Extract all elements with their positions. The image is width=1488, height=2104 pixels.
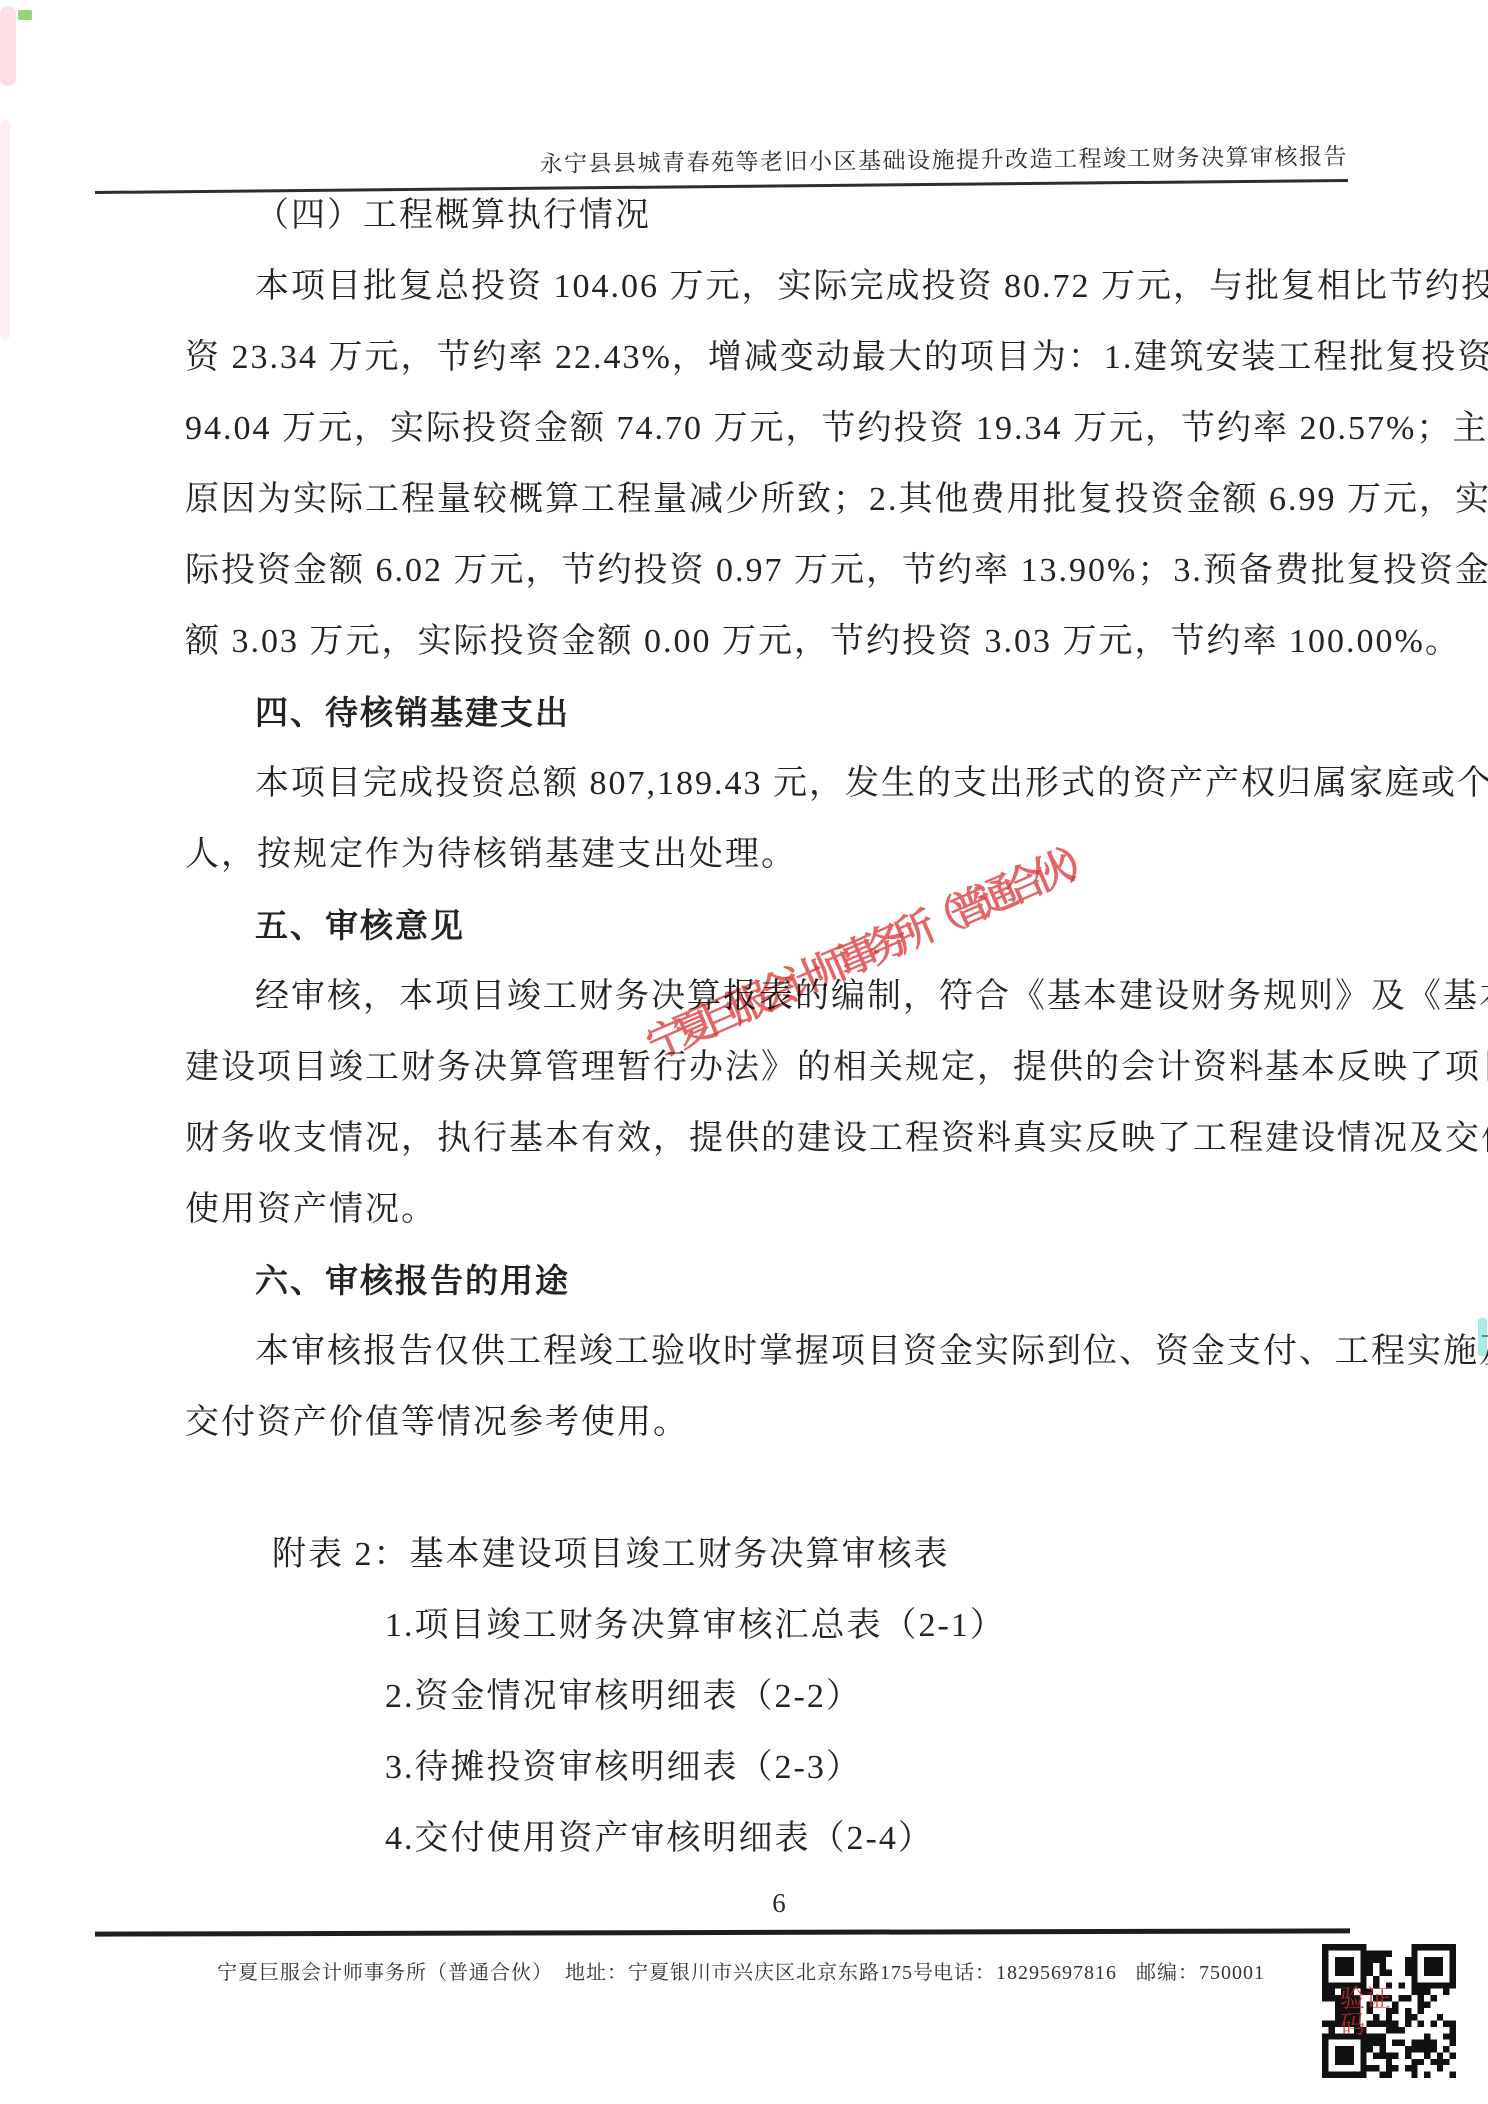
text-line: 际投资金额 6.02 万元，节约投资 0.97 万元，节约率 13.90%；3.… [0, 535, 1488, 606]
text-line: 附表 2：基本建设项目竣工财务决算审核表 [0, 1519, 1488, 1590]
text-line: 交付资产价值等情况参考使用。 [0, 1387, 1488, 1458]
text-line: 五、审核意见 [0, 890, 1488, 961]
text-line: 资 23.34 万元，节约率 22.43%，增减变动最大的项目为：1.建筑安装工… [0, 322, 1488, 393]
footer-rule [95, 1928, 1350, 1936]
footer: 宁夏巨服会计师事务所（普通合伙） 地址：宁夏银川市兴庆区北京东路175号 电话：… [0, 1956, 1488, 1996]
text-line: 使用资产情况。 [0, 1174, 1488, 1245]
text-line: 3.待摊投资审核明细表（2-3） [0, 1732, 1488, 1803]
text-line: 四、待核销基建支出 [0, 677, 1488, 748]
text-line: 4.交付使用资产审核明细表（2-4） [0, 1803, 1488, 1874]
scan-speck [18, 10, 32, 20]
footer-address: 地址：宁夏银川市兴庆区北京东路175号 [565, 1956, 934, 1985]
text-line: 财务收支情况，执行基本有效，提供的建设工程资料真实反映了工程建设情况及交付 [0, 1103, 1488, 1174]
text-line: 本项目完成投资总额 807,189.43 元，发生的支出形式的资产产权归属家庭或… [0, 748, 1488, 819]
footer-firm-name: 宁夏巨服会计师事务所（普通合伙） [217, 1956, 553, 1985]
text-line: 本审核报告仅供工程竣工验收时掌握项目资金实际到位、资金支付、工程实施及 [0, 1316, 1488, 1387]
qr-code-image [1322, 1944, 1456, 2078]
scanned-report-page: 永宁县县城青春苑等老旧小区基础设施提升改造工程竣工财务决算审核报告 （四）工程概… [0, 0, 1488, 2104]
scan-smudge [0, 6, 16, 86]
text-line: 建设项目竣工财务决算管理暂行办法》的相关规定，提供的会计资料基本反映了项目 [0, 1032, 1488, 1103]
text-line: 94.04 万元，实际投资金额 74.70 万元，节约投资 19.34 万元，节… [0, 393, 1488, 464]
text-line: 本项目批复总投资 104.06 万元，实际完成投资 80.72 万元，与批复相比… [0, 251, 1488, 322]
text-line: 1.项目竣工财务决算审核汇总表（2-1） [0, 1590, 1488, 1661]
footer-postal-code: 邮编：750001 [1136, 1956, 1265, 1985]
footer-phone: 电话：18295697816 [933, 1956, 1117, 1985]
text-line: 额 3.03 万元，实际投资金额 0.00 万元，节约投资 3.03 万元，节约… [0, 606, 1488, 677]
verification-qr-code: 验证 码 [1322, 1944, 1456, 2078]
text-line: 原因为实际工程量较概算工程量减少所致；2.其他费用批复投资金额 6.99 万元，… [0, 464, 1488, 535]
running-header-title: 永宁县县城青春苑等老旧小区基础设施提升改造工程竣工财务决算审核报告 [380, 138, 1348, 180]
text-line: 六、审核报告的用途 [0, 1245, 1488, 1316]
page-number: 6 [0, 1888, 1488, 1919]
text-line: （四）工程概算执行情况 [0, 180, 1488, 251]
text-line: 人，按规定作为待核销基建支出处理。 [0, 819, 1488, 890]
text-line: 2.资金情况审核明细表（2-2） [0, 1661, 1488, 1732]
